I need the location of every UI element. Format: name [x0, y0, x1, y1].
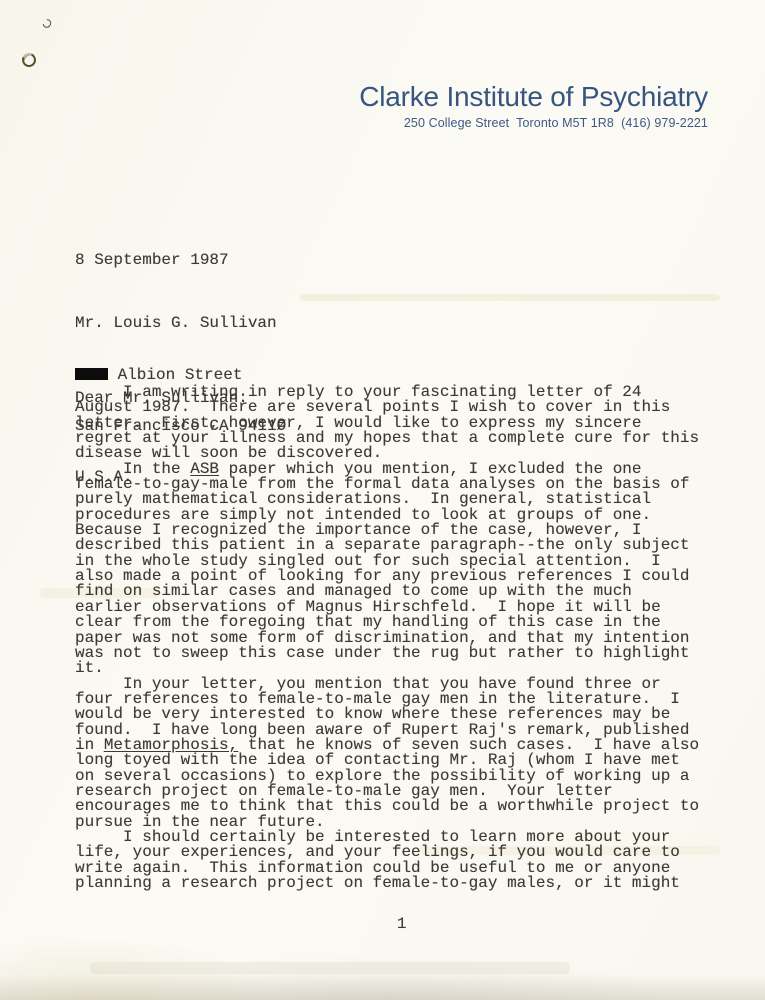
letterhead-org-name: Clarke Institute of Psychiatry	[359, 82, 708, 113]
scanned-letter-page: Clarke Institute of Psychiatry 250 Colle…	[0, 0, 765, 1000]
paper-speck	[41, 17, 53, 29]
paper-stain	[300, 294, 720, 301]
letter-body-line: was not to sweep this case under the rug…	[75, 646, 699, 661]
page-number-text: 1	[397, 915, 407, 933]
letterhead: Clarke Institute of Psychiatry 250 Colle…	[359, 82, 708, 130]
letterhead-address: 250 College Street Toronto M5T 1R8 (416)…	[359, 116, 708, 130]
letter-body-line: planning a research project on female-to…	[75, 876, 699, 891]
recipient-name: Mr. Louis G. Sullivan	[75, 316, 286, 331]
letter-body: I am writing in reply to your fascinatin…	[75, 385, 699, 891]
page-number: 1	[0, 897, 765, 951]
paper-stain	[90, 962, 570, 974]
letter-date: 8 September 1987	[75, 253, 229, 268]
paper-speck	[20, 51, 38, 69]
